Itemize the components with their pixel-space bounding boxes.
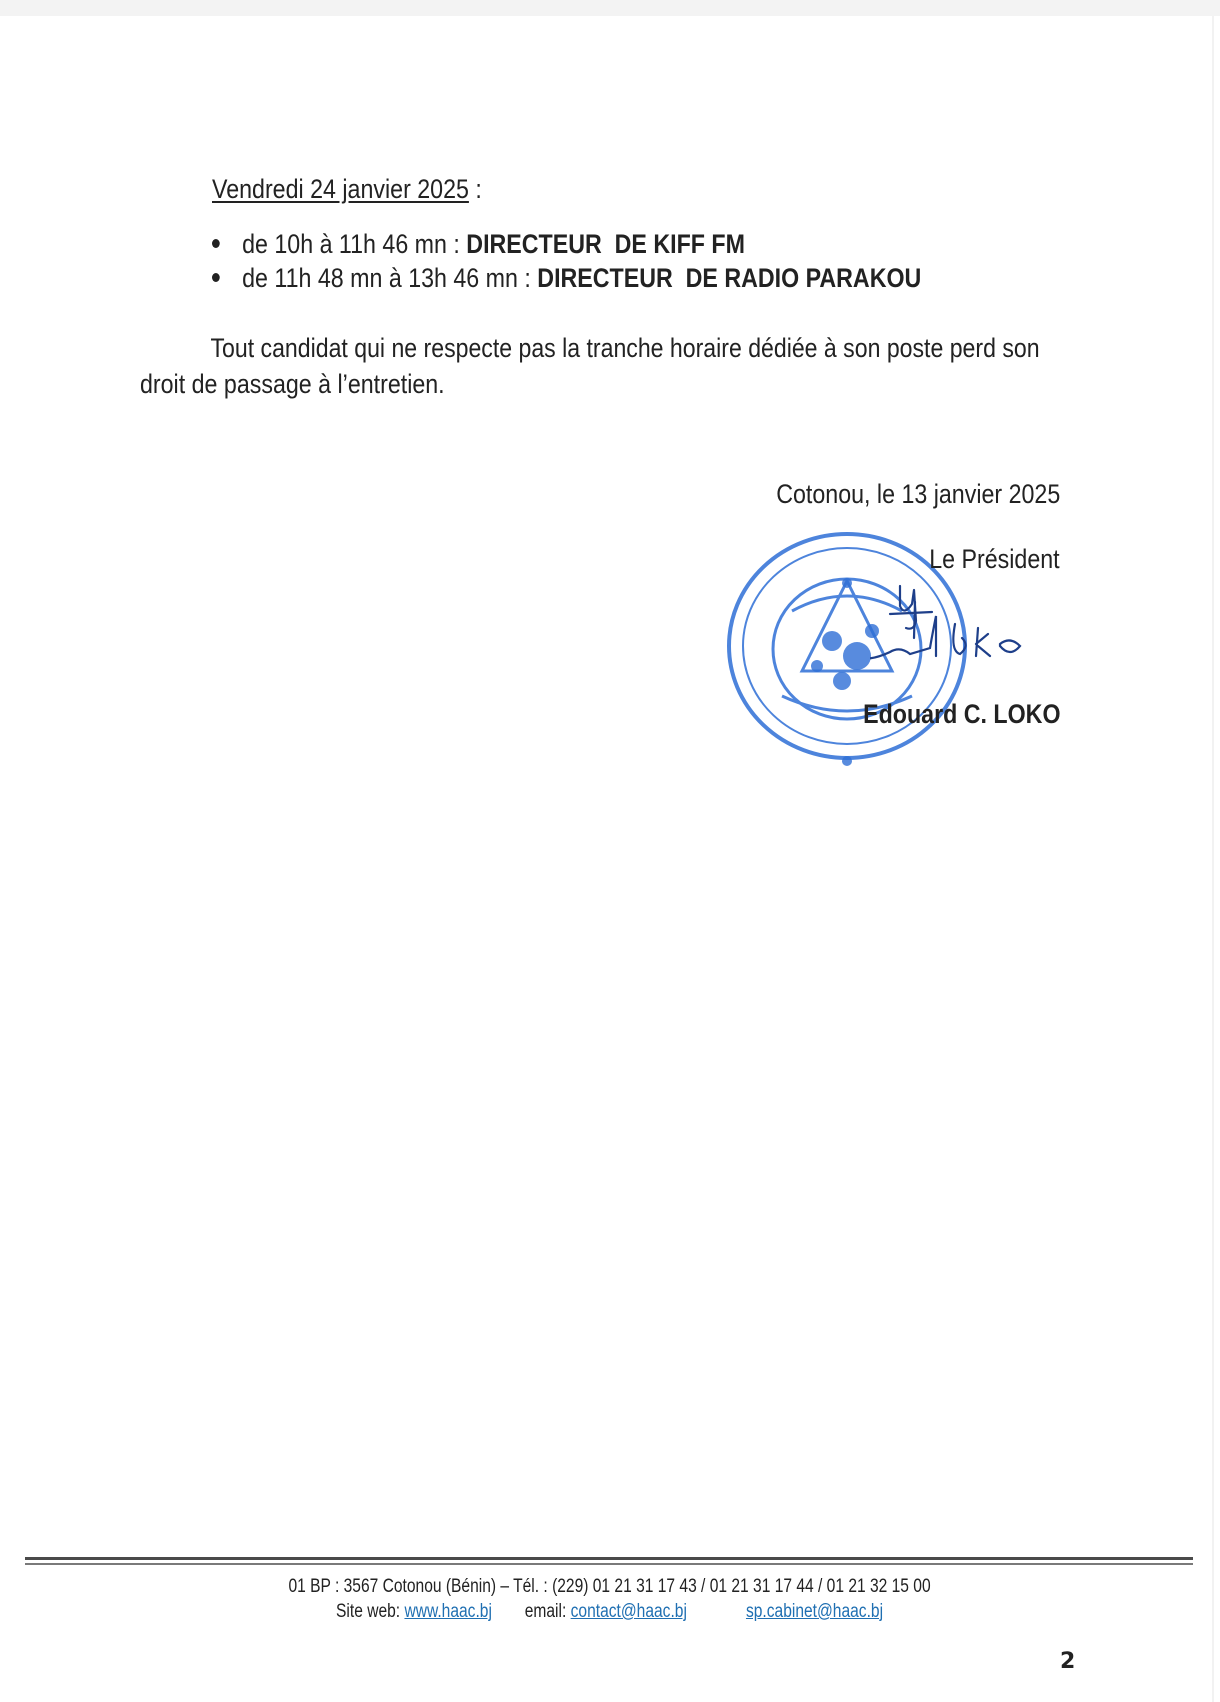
notice-line-1: Tout candidat qui ne respecte pas la tra… (178, 330, 1040, 366)
footer-divider (25, 1557, 1193, 1560)
schedule-time: de 11h 48 mn à 13h 46 mn : (242, 263, 537, 293)
signatory-name: Edouard C. LOKO (831, 699, 1061, 730)
email-label: email: (525, 1601, 571, 1622)
page-number: 2 (1060, 1649, 1075, 1674)
viewer-top-bar (0, 0, 1220, 16)
schedule-position: DIRECTEUR DE KIFF FM (466, 229, 745, 259)
notice-line-2: droit de passage à l’entretien. (140, 366, 445, 402)
contact-email-link[interactable]: contact@haac.bj (571, 1601, 687, 1622)
cabinet-email-link[interactable]: sp.cabinet@haac.bj (746, 1601, 883, 1622)
website-link[interactable]: www.haac.bj (405, 1601, 492, 1622)
document-page: Vendredi 24 janvier 2025 : de 10h à 11h … (0, 16, 1214, 1702)
schedule-item: de 11h 48 mn à 13h 46 mn : DIRECTEUR DE … (212, 263, 1037, 294)
notice-paragraph: Tout candidat qui ne respecte pas la tra… (140, 330, 1070, 402)
handwritten-signature-icon (870, 576, 1120, 696)
site-label: Site web: (336, 1601, 404, 1622)
day-heading-colon: : (469, 174, 482, 204)
schedule-position: DIRECTEUR DE RADIO PARAKOU (537, 263, 921, 293)
signatory-title: Le Président (908, 544, 1060, 575)
schedule-item: de 10h à 11h 46 mn : DIRECTEUR DE KIFF F… (212, 229, 832, 260)
bullet-icon (212, 239, 220, 248)
footer-divider (25, 1563, 1193, 1565)
footer-address: 01 BP : 3567 Cotonou (Bénin) – Tél. : (2… (0, 1576, 1220, 1598)
day-heading-text: Vendredi 24 janvier 2025 (212, 174, 469, 204)
day-heading: Vendredi 24 janvier 2025 : (212, 174, 526, 205)
footer-contacts: Site web: www.haac.bjemail: contact@haac… (0, 1601, 1220, 1623)
schedule-time: de 10h à 11h 46 mn : (242, 229, 466, 259)
bullet-icon (212, 273, 220, 282)
place-date: Cotonou, le 13 janvier 2025 (730, 479, 1060, 510)
